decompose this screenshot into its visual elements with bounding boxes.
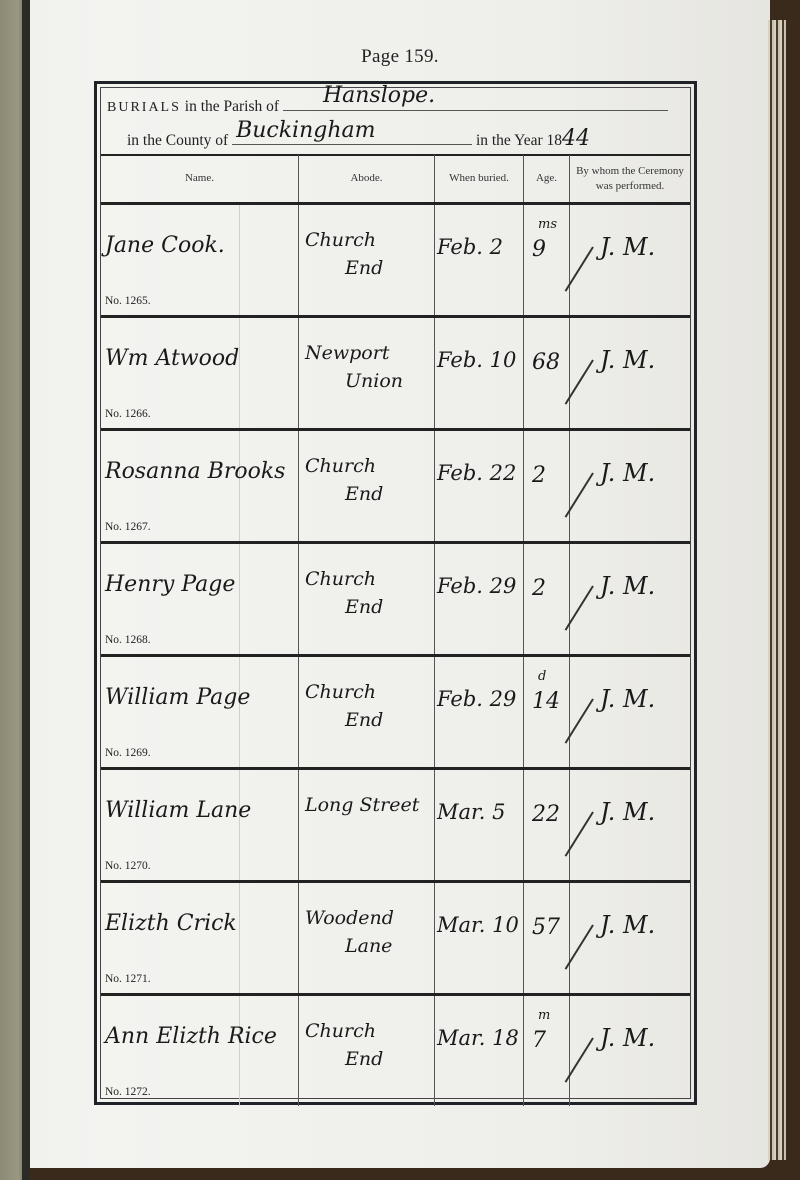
age-value: 68 <box>532 350 560 375</box>
entry-number: No. 1270. <box>105 860 151 872</box>
table-row: Wm Atwood No. 1266. Newport Union Feb. 1… <box>101 318 690 431</box>
when-buried-cell: Feb. 22 <box>435 431 524 541</box>
abode-line2: Union <box>345 370 403 392</box>
burial-date: Mar. 10 <box>437 913 519 937</box>
col-header-when-buried: When buried. <box>435 155 524 202</box>
age-value: 57 <box>532 915 560 940</box>
officiant-cell: J. M. <box>570 770 690 880</box>
when-buried-cell: Mar. 10 <box>435 883 524 993</box>
parish-field: Hanslope. <box>283 110 668 111</box>
abode-cell: Church End <box>299 431 435 541</box>
table-row: William Page No. 1269. Church End Feb. 2… <box>101 657 690 770</box>
table-row: Henry Page No. 1268. Church End Feb. 29 … <box>101 544 690 657</box>
age-cell: m 7 <box>524 996 570 1106</box>
name-cell: William Page No. 1269. <box>101 657 299 767</box>
age-unit: m <box>538 1008 550 1023</box>
table-row: William Lane No. 1270. Long Street Mar. … <box>101 770 690 883</box>
burial-date: Feb. 29 <box>437 574 516 598</box>
deceased-name: William Page <box>105 685 250 710</box>
abode-line1: Church <box>305 681 376 703</box>
entry-number: No. 1271. <box>105 973 151 985</box>
abode-line2: End <box>345 257 383 279</box>
officiant-cell: J. M. <box>570 544 690 654</box>
col-header-age: Age. <box>524 155 570 202</box>
officiant-initials: J. M. <box>600 1024 655 1052</box>
age-cell: 22 <box>524 770 570 880</box>
abode-line1: Church <box>305 568 376 590</box>
name-cell: Henry Page No. 1268. <box>101 544 299 654</box>
col-header-officiant: By whom the Ceremony was performed. <box>570 155 690 202</box>
county-field: Buckingham <box>232 144 472 145</box>
burial-date: Mar. 18 <box>437 1026 519 1050</box>
deceased-name: Henry Page <box>105 572 235 597</box>
age-value: 2 <box>532 463 546 488</box>
year-prefix: in the Year 18 <box>476 132 562 149</box>
officiant-initials: J. M. <box>600 798 655 826</box>
officiant-cell: J. M. <box>570 883 690 993</box>
age-unit: ms <box>538 217 557 232</box>
county-prefix: in the County of <box>127 132 228 149</box>
entry-number: No. 1267. <box>105 521 151 533</box>
abode-line1: Church <box>305 229 376 251</box>
age-cell: 57 <box>524 883 570 993</box>
age-value: 14 <box>532 689 560 714</box>
age-cell: 2 <box>524 544 570 654</box>
name-cell: Wm Atwood No. 1266. <box>101 318 299 428</box>
parish-prefix: in the Parish of <box>185 98 279 115</box>
deceased-name: Ann Elizth Rice <box>105 1024 277 1049</box>
abode-line1: Long Street <box>305 794 419 816</box>
register-inner-frame: BURIALS in the Parish of Hanslope. in th… <box>100 87 691 1099</box>
age-cell: d 14 <box>524 657 570 767</box>
deceased-name: Wm Atwood <box>105 346 239 371</box>
when-buried-cell: Feb. 2 <box>435 205 524 315</box>
abode-cell: Church End <box>299 657 435 767</box>
burial-date: Feb. 29 <box>437 687 516 711</box>
book-gutter <box>22 0 30 1180</box>
abode-cell: Church End <box>299 544 435 654</box>
age-value: 2 <box>532 576 546 601</box>
entry-number: No. 1269. <box>105 747 151 759</box>
county-line: in the County of Buckingham in the Year … <box>127 126 590 151</box>
entry-number: No. 1268. <box>105 634 151 646</box>
page-number: Page 159. <box>0 46 800 68</box>
when-buried-cell: Feb. 10 <box>435 318 524 428</box>
when-buried-cell: Mar. 5 <box>435 770 524 880</box>
abode-line2: End <box>345 596 383 618</box>
when-buried-cell: Feb. 29 <box>435 544 524 654</box>
entry-number: No. 1265. <box>105 295 151 307</box>
entries-list: Jane Cook. No. 1265. Church End Feb. 2 m… <box>101 205 690 1098</box>
age-unit: d <box>538 669 546 684</box>
deceased-name: Rosanna Brooks <box>105 459 285 484</box>
age-cell: 2 <box>524 431 570 541</box>
officiant-initials: J. M. <box>600 233 655 261</box>
age-cell: ms 9 <box>524 205 570 315</box>
name-cell: William Lane No. 1270. <box>101 770 299 880</box>
age-cell: 68 <box>524 318 570 428</box>
officiant-cell: J. M. <box>570 205 690 315</box>
table-row: Ann Elizth Rice No. 1272. Church End Mar… <box>101 996 690 1106</box>
age-value: 9 <box>532 237 546 262</box>
burial-date: Mar. 5 <box>437 800 505 824</box>
name-cell: Ann Elizth Rice No. 1272. <box>101 996 299 1106</box>
abode-cell: Newport Union <box>299 318 435 428</box>
abode-line2: End <box>345 1048 383 1070</box>
abode-cell: Church End <box>299 996 435 1106</box>
burial-date: Feb. 2 <box>437 235 503 259</box>
name-cell: Jane Cook. No. 1265. <box>101 205 299 315</box>
register-title-block: BURIALS in the Parish of Hanslope. in th… <box>101 88 690 156</box>
col-header-name: Name. <box>101 155 299 202</box>
age-value: 22 <box>532 802 560 827</box>
county-value: Buckingham <box>236 118 375 143</box>
year-value: 44 <box>562 126 590 151</box>
abode-line2: End <box>345 709 383 731</box>
name-cell: Elizth Crick No. 1271. <box>101 883 299 993</box>
officiant-cell: J. M. <box>570 657 690 767</box>
page-edges <box>768 20 786 1160</box>
abode-line2: End <box>345 483 383 505</box>
abode-line2: Lane <box>345 935 392 957</box>
when-buried-cell: Mar. 18 <box>435 996 524 1106</box>
deceased-name: William Lane <box>105 798 251 823</box>
abode-line1: Newport <box>305 342 389 364</box>
deceased-name: Elizth Crick <box>105 911 237 936</box>
entry-number: No. 1272. <box>105 1086 151 1098</box>
officiant-initials: J. M. <box>600 911 655 939</box>
officiant-cell: J. M. <box>570 996 690 1106</box>
table-row: Rosanna Brooks No. 1267. Church End Feb.… <box>101 431 690 544</box>
officiant-initials: J. M. <box>600 685 655 713</box>
abode-cell: Church End <box>299 205 435 315</box>
burial-date: Feb. 10 <box>437 348 516 372</box>
age-value: 7 <box>532 1028 546 1053</box>
abode-cell: Long Street <box>299 770 435 880</box>
officiant-initials: J. M. <box>600 346 655 374</box>
officiant-cell: J. M. <box>570 318 690 428</box>
when-buried-cell: Feb. 29 <box>435 657 524 767</box>
col-header-abode: Abode. <box>299 155 435 202</box>
parish-value: Hanslope. <box>323 83 435 108</box>
abode-line1: Church <box>305 1020 376 1042</box>
burial-register-table: BURIALS in the Parish of Hanslope. in th… <box>94 81 697 1105</box>
burial-date: Feb. 22 <box>437 461 516 485</box>
officiant-cell: J. M. <box>570 431 690 541</box>
abode-line1: Woodend <box>305 907 394 929</box>
table-row: Jane Cook. No. 1265. Church End Feb. 2 m… <box>101 205 690 318</box>
entry-number: No. 1266. <box>105 408 151 420</box>
name-cell: Rosanna Brooks No. 1267. <box>101 431 299 541</box>
table-row: Elizth Crick No. 1271. Woodend Lane Mar.… <box>101 883 690 996</box>
deceased-name: Jane Cook. <box>105 233 225 258</box>
officiant-initials: J. M. <box>600 459 655 487</box>
officiant-initials: J. M. <box>600 572 655 600</box>
burials-heading: BURIALS <box>107 100 181 115</box>
abode-cell: Woodend Lane <box>299 883 435 993</box>
column-header-row: Name. Abode. When buried. Age. By whom t… <box>101 155 690 205</box>
abode-line1: Church <box>305 455 376 477</box>
parish-line: BURIALS in the Parish of Hanslope. <box>107 98 668 116</box>
